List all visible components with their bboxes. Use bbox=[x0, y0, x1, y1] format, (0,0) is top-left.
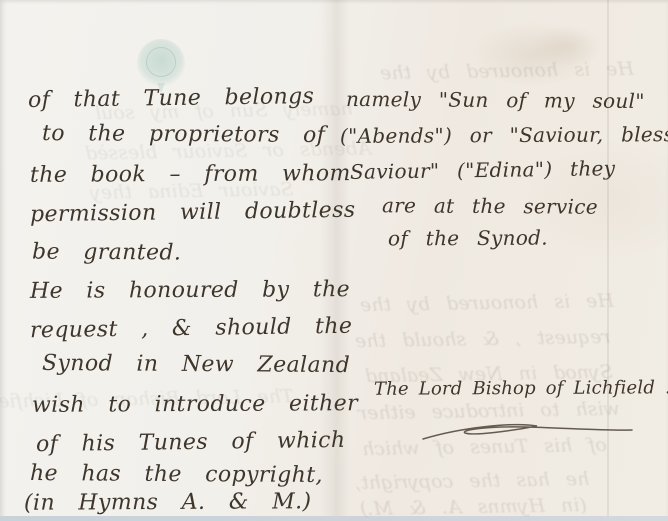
bleedthrough-text: request , & should the bbox=[355, 326, 611, 352]
handwriting-line: he has the copyright, bbox=[30, 461, 323, 488]
handwriting-line: Synod in New Zealand bbox=[42, 351, 350, 378]
handwriting-line: of his Tunes of which bbox=[36, 428, 346, 457]
handwriting-line: (in Hymns A. & M.) bbox=[24, 489, 312, 516]
handwriting-line: be granted. bbox=[32, 239, 181, 265]
handwriting-line: the book – from whom bbox=[30, 161, 351, 188]
bleedthrough-text: he has the copyright, bbox=[355, 468, 590, 494]
closing-line: The Lord Bishop of Lichfield . bbox=[374, 377, 668, 400]
signature-flourish bbox=[415, 418, 640, 448]
handwriting-line: Saviour" ("Edina") they bbox=[350, 156, 616, 184]
bleedthrough-text: (in Hymns A. & M.) bbox=[360, 494, 587, 520]
handwriting-line: of that Tune belongs bbox=[28, 84, 315, 113]
handwriting-line: wish to introduce either bbox=[32, 391, 358, 418]
handwriting-line: ("Abends") or "Saviour, blessèd bbox=[340, 122, 668, 148]
bleedthrough-text: He is honoured by the bbox=[380, 58, 634, 84]
handwriting-line: are at the service bbox=[382, 193, 598, 219]
handwriting-line: He is honoured by the bbox=[30, 277, 350, 304]
bleedthrough-text: He is honoured by the bbox=[360, 290, 614, 316]
handwriting-line: namely "Sun of my soul" bbox=[346, 87, 645, 113]
letter-scan: namely Sun of my soul Abends or Saviour … bbox=[0, 0, 668, 521]
handwriting-line: of the Synod. bbox=[388, 226, 548, 251]
handwriting-line: request , & should the bbox=[30, 314, 353, 343]
handwriting-line: to the proprietors of bbox=[42, 121, 325, 148]
handwriting-line: permission will doubtless bbox=[30, 198, 356, 228]
embossed-seal bbox=[137, 39, 185, 87]
scan-bottom-edge bbox=[0, 516, 668, 521]
